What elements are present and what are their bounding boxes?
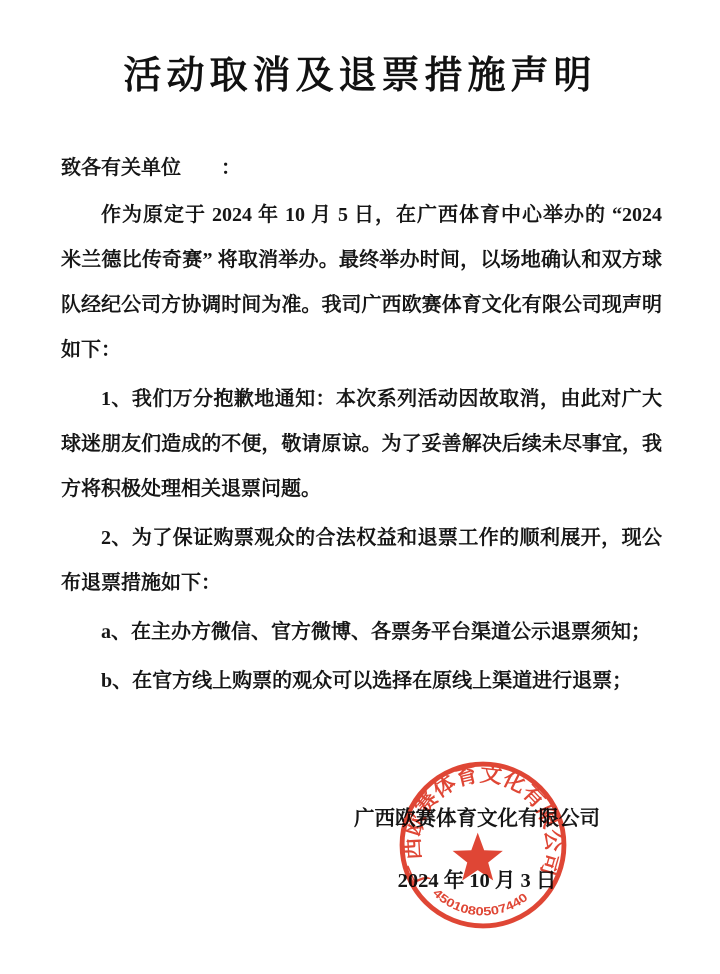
para2-line3: 方将积极处理相关退票问题。 (61, 467, 662, 512)
para1-line3: 队经纪公司方协调时间为准。我司广西欧赛体育文化有限公司现声明 (61, 283, 662, 328)
para3-line2: 布退票措施如下： (61, 561, 662, 606)
para2-line1: 1、我们万分抱歉地通知：本次系列活动因故取消，由此对广大 (61, 377, 662, 422)
document-body: 致各有关单位 ： 作为原定于 2024 年 10 月 5 日，在广西体育中心举办… (61, 146, 662, 704)
document-title: 活动取消及退票措施声明 (0, 44, 720, 99)
refund-item-b: b、在官方线上购票的观众可以选择在原线上渠道进行退票； (61, 659, 662, 704)
document-page: 活动取消及退票措施声明 致各有关单位 ： 作为原定于 2024 年 10 月 5… (0, 0, 720, 974)
signature-date: 2024 年 10 月 3 日 (352, 868, 602, 894)
para1-line1: 作为原定于 2024 年 10 月 5 日，在广西体育中心举办的 “2024 (61, 193, 662, 238)
salutation-line: 致各有关单位 ： (61, 146, 662, 191)
para1-line2: 米兰德比传奇赛” 将取消举办。最终举办时间，以场地确认和双方球 (61, 238, 662, 283)
para1-line4: 如下： (61, 328, 662, 373)
refund-item-a: a、在主办方微信、官方微博、各票务平台渠道公示退票须知； (61, 610, 662, 655)
signature-company-name: 广西欧赛体育文化有限公司 (352, 806, 602, 832)
para3-line1: 2、为了保证购票观众的合法权益和退票工作的顺利展开，现公 (61, 516, 662, 561)
para2-line2: 球迷朋友们造成的不便，敬请原谅。为了妥善解决后续未尽事宜，我 (61, 422, 662, 467)
signature-block: 广西欧赛体育文化有限公司 2024 年 10 月 3 日 (352, 806, 602, 894)
